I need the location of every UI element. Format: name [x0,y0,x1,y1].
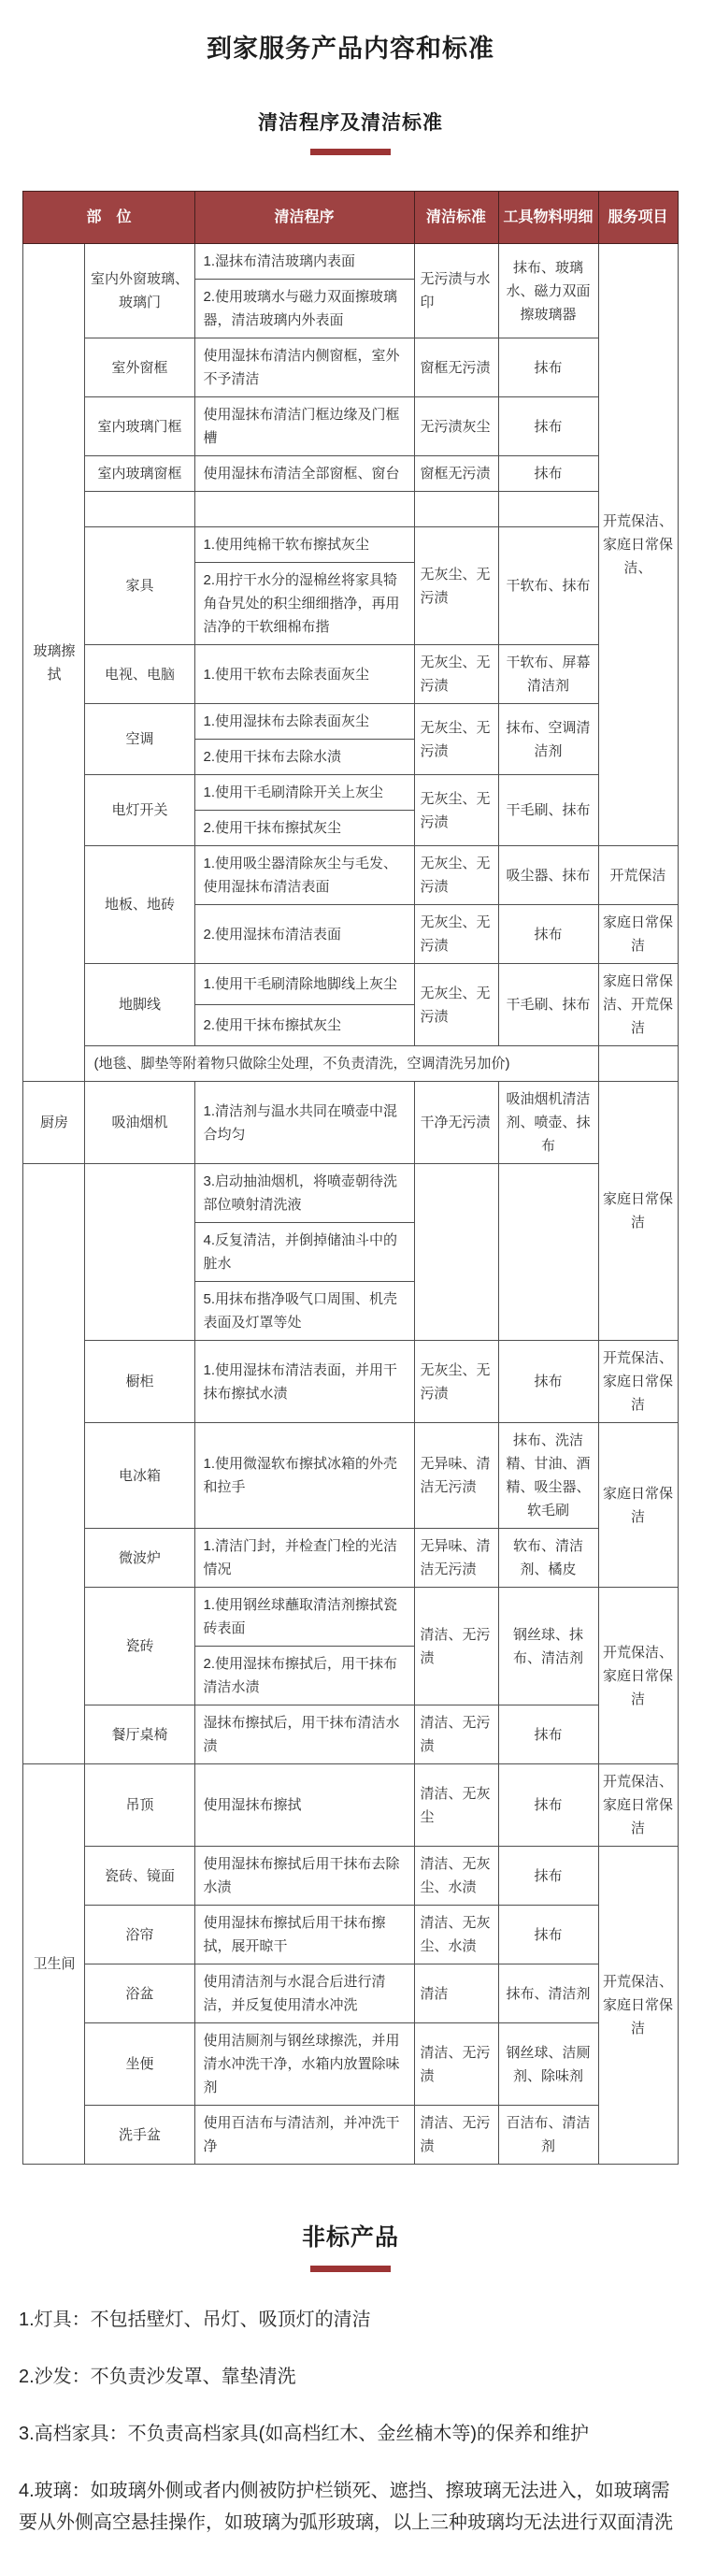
table-cell: 抹布 [498,397,598,456]
table-row: 电视、电脑1.使用干软布去除表面灰尘无灰尘、无污渍干软布、屏幕清洁剂 [23,645,678,704]
table-cell: 吸油烟机清洁剂、喷壶、抹布 [498,1082,598,1164]
table-row: 瓷砖、镜面使用湿抹布擦拭后用干抹布去除水渍清洁、无灰尘、水渍抹布开荒保洁、家庭日… [23,1847,678,1906]
col-header-service: 服务项目 [598,192,678,244]
table-cell: 清洁、无污渍 [414,2106,498,2165]
table-cell: 1.使用吸尘器清除灰尘与毛发、使用湿抹布清洁表面 [194,846,414,905]
col-header-standard: 清洁标准 [414,192,498,244]
table-row: (地毯、脚垫等附着物只做除尘处理，不负责清洗，空调清洗另加价) [23,1046,678,1082]
table-cell: 钢丝球、抹布、清洁剂 [498,1588,598,1705]
table-row: 厨房吸油烟机1.清洁剂与温水共同在喷壶中混合均匀干净无污渍吸油烟机清洁剂、喷壶、… [23,1082,678,1164]
page-title: 到家服务产品内容和标准 [0,28,701,65]
table-cell: 地脚线 [85,964,194,1046]
table-cell: 开荒保洁、家庭日常保洁、 [598,244,678,846]
table-cell: 干毛刷、抹布 [498,964,598,1046]
table-cell: 百洁布、清洁剂 [498,2106,598,2165]
red-divider-bar [310,2266,391,2272]
table-cell: 1.清洁剂与温水共同在喷壶中混合均匀 [194,1082,414,1164]
table-cell: 2.用拧干水分的湿棉丝将家具犄角旮旯处的积尘细细揩净，再用洁净的干软细棉布揩 [194,563,414,645]
table-cell: 使用湿抹布清洁内侧窗框，室外不予清洁 [194,338,414,397]
table-header-row: 部 位 清洁程序 清洁标准 工具物料明细 服务项目 [23,192,678,244]
table-cell: 室内玻璃门框 [85,397,194,456]
table-cell: 2.使用干抹布擦拭灰尘 [194,1005,414,1046]
table-cell: 清洁、无污渍 [414,1588,498,1705]
table-cell: 抹布 [498,1341,598,1423]
table-row: 地板、地砖1.使用吸尘器清除灰尘与毛发、使用湿抹布清洁表面无灰尘、无污渍吸尘器、… [23,846,678,905]
table-cell: 家具 [85,527,194,645]
table-cell: 开荒保洁 [598,846,678,905]
section2-title: 非标产品 [0,2219,701,2252]
table-cell: 浴盆 [85,1964,194,2023]
table-cell: 抹布 [498,1705,598,1764]
table-cell: 家庭日常保洁 [598,1423,678,1588]
table-cell: 1.使用湿抹布清洁表面，并用干抹布擦拭水渍 [194,1341,414,1423]
table-cell [414,1164,498,1341]
table-cell: 微波炉 [85,1529,194,1588]
table-cell: 2.使用干抹布去除水渍 [194,740,414,775]
table-row: 浴帘使用湿抹布擦拭后用干抹布擦拭，展开晾干清洁、无灰尘、水渍抹布 [23,1906,678,1964]
table-cell: 电视、电脑 [85,645,194,704]
table-cell: 开荒保洁、家庭日常保洁 [598,1764,678,1847]
table-cell: 4.反复清洁，并倒掉储油斗中的脏水 [194,1223,414,1282]
table-cell: 无污渍与水印 [414,244,498,338]
table-cell: 清洁、无污渍 [414,1705,498,1764]
col-header-tools: 工具物料明细 [498,192,598,244]
table-cell: 橱柜 [85,1341,194,1423]
table-cell: 抹布 [498,1847,598,1906]
table-cell: 软布、清洁剂、橘皮 [498,1529,598,1588]
table-cell: 使用清洁剂与水混合后进行清洁，并反复使用清水冲洗 [194,1964,414,2023]
row-group-cell: 玻璃擦拭 [23,244,85,1082]
table-cell: 3.启动抽油烟机，将喷壶朝待洗部位喷射清洗液 [194,1164,414,1223]
table-cell: 1.使用干软布去除表面灰尘 [194,645,414,704]
table-cell [85,1164,194,1341]
non-standard-notes: 1.灯具：不包括壁灯、吊灯、吸顶灯的清洁2.沙发：不负责沙发罩、靠垫清洗3.高档… [19,2304,682,2539]
table-cell: 抹布 [498,1764,598,1847]
table-cell: 抹布 [498,1906,598,1964]
table-cell: 抹布、清洁剂 [498,1964,598,2023]
table-cell: 2.使用湿抹布擦拭后，用干抹布清洁水渍 [194,1647,414,1705]
table-cell: 干软布、抹布 [498,527,598,645]
table-cell: 使用湿抹布清洁门框边缘及门框槽 [194,397,414,456]
col-header-procedure: 清洁程序 [194,192,414,244]
col-header-part: 部 位 [23,192,194,244]
table-cell: 抹布、洗洁精、甘油、酒精、吸尘器、软毛刷 [498,1423,598,1529]
table-cell: 无灰尘、无污渍 [414,1341,498,1423]
table-cell: 吸油烟机 [85,1082,194,1164]
note-line: 1.灯具：不包括壁灯、吊灯、吸顶灯的清洁 [19,2304,682,2336]
table-cell: 开荒保洁、家庭日常保洁 [598,1588,678,1764]
table-cell: 无灰尘、无污渍 [414,964,498,1046]
table-cell: 无异味、清洁无污渍 [414,1529,498,1588]
table-cell: 瓷砖、镜面 [85,1847,194,1906]
table-cell [414,492,498,527]
table-cell: 1.清洁门封，并检查门栓的光洁情况 [194,1529,414,1588]
table-cell: 抹布、空调清洁剂 [498,704,598,775]
table-cell: 使用湿抹布擦拭后用干抹布去除水渍 [194,1847,414,1906]
table-cell: 使用湿抹布擦拭 [194,1764,414,1847]
table-cell: 1.使用纯棉干软布擦拭灰尘 [194,527,414,563]
table-cell [498,492,598,527]
table-cell: 1.使用干毛刷清除开关上灰尘 [194,775,414,811]
table-cell: 抹布 [498,338,598,397]
table-cell: 家庭日常保洁 [598,905,678,964]
note-line: 2.沙发：不负责沙发罩、靠垫清洗 [19,2361,682,2393]
table-row: 电冰箱1.使用微湿软布擦拭冰箱的外壳和拉手无异味、清洁无污渍抹布、洗洁精、甘油、… [23,1423,678,1529]
table-row: 坐便使用洁厕剂与钢丝球擦洗，并用清水冲洗干净，水箱内放置除味剂清洁、无污渍钢丝球… [23,2023,678,2106]
table-cell: 1.使用微湿软布擦拭冰箱的外壳和拉手 [194,1423,414,1529]
table-cell: 使用百洁布与清洁剂，并冲洗干净 [194,2106,414,2165]
table-row: 橱柜1.使用湿抹布清洁表面，并用干抹布擦拭水渍无灰尘、无污渍抹布开荒保洁、家庭日… [23,1341,678,1423]
table-row: 室外窗框使用湿抹布清洁内侧窗框，室外不予清洁窗框无污渍抹布 [23,338,678,397]
table-cell: 钢丝球、洁厕剂、除味剂 [498,2023,598,2106]
table-cell: 洗手盆 [85,2106,194,2165]
section2-header: 非标产品 [0,2219,701,2272]
table-cell: 空调 [85,704,194,775]
row-group-cell: 卫生间 [23,1764,85,2165]
table-cell: 使用湿抹布清洁全部窗框、窗台 [194,456,414,492]
table-cell: 家庭日常保洁 [598,1082,678,1341]
table-cell: 无灰尘、无污渍 [414,846,498,905]
table-row [23,492,678,527]
table-cell: 干毛刷、抹布 [498,775,598,846]
table-row: 室内玻璃窗框使用湿抹布清洁全部窗框、窗台窗框无污渍抹布 [23,456,678,492]
table-row: 电灯开关1.使用干毛刷清除开关上灰尘无灰尘、无污渍干毛刷、抹布 [23,775,678,811]
table-cell: 2.使用干抹布擦拭灰尘 [194,811,414,846]
table-cell: 2.使用湿抹布清洁表面 [194,905,414,964]
note-line: 3.高档家具：不负责高档家具(如高档红木、金丝楠木等)的保养和维护 [19,2418,682,2450]
table-cell: 干净无污渍 [414,1082,498,1164]
table-cell: 5.用抹布揩净吸气口周围、机壳表面及灯罩等处 [194,1282,414,1341]
table-cell: 1.使用湿抹布去除表面灰尘 [194,704,414,740]
table-cell: 清洁、无污渍 [414,2023,498,2106]
table-cell: 清洁、无灰尘 [414,1764,498,1847]
table-cell: 开荒保洁、家庭日常保洁 [598,1847,678,2165]
table-cell: 开荒保洁、家庭日常保洁 [598,1341,678,1423]
table-cell: 抹布 [498,905,598,964]
table-cell: 清洁、无灰尘、水渍 [414,1847,498,1906]
table-row: 空调1.使用湿抹布去除表面灰尘无灰尘、无污渍抹布、空调清洁剂 [23,704,678,740]
table-cell: 无灰尘、无污渍 [414,775,498,846]
table-cell: 窗框无污渍 [414,338,498,397]
table-row: 卫生间吊顶使用湿抹布擦拭清洁、无灰尘抹布开荒保洁、家庭日常保洁 [23,1764,678,1847]
table-cell: 浴帘 [85,1906,194,1964]
table-cell: 清洁、无灰尘、水渍 [414,1906,498,1964]
row-group-cell: 厨房 [23,1082,85,1164]
table-row: 浴盆使用清洁剂与水混合后进行清洁，并反复使用清水冲洗清洁抹布、清洁剂 [23,1964,678,2023]
table-cell [85,492,194,527]
red-divider-bar [310,149,391,155]
table-cell: 吊顶 [85,1764,194,1847]
table-cell: 2.使用玻璃水与磁力双面擦玻璃器，清洁玻璃内外表面 [194,280,414,338]
table-cell: 室内外窗玻璃、玻璃门 [85,244,194,338]
table-row: 洗手盆使用百洁布与清洁剂，并冲洗干净清洁、无污渍百洁布、清洁剂 [23,2106,678,2165]
table-cell: 湿抹布擦拭后，用干抹布清洁水渍 [194,1705,414,1764]
table-cell: 无灰尘、无污渍 [414,527,498,645]
table-cell: 无灰尘、无污渍 [414,905,498,964]
table-row: 家具1.使用纯棉干软布擦拭灰尘无灰尘、无污渍干软布、抹布 [23,527,678,563]
table-row: 地脚线1.使用干毛刷清除地脚线上灰尘无灰尘、无污渍干毛刷、抹布家庭日常保洁、开荒… [23,964,678,1005]
table-cell: 1.湿抹布清洁玻璃内表面 [194,244,414,280]
table-cell: 使用洁厕剂与钢丝球擦洗，并用清水冲洗干净，水箱内放置除味剂 [194,2023,414,2106]
table-cell: 地板、地砖 [85,846,194,964]
table-row: 餐厅桌椅湿抹布擦拭后，用干抹布清洁水渍清洁、无污渍抹布 [23,1705,678,1764]
table-cell: 抹布、玻璃水、磁力双面擦玻璃器 [498,244,598,338]
table-cell: 坐便 [85,2023,194,2106]
table-row: 瓷砖1.使用钢丝球蘸取清洁剂擦拭瓷砖表面清洁、无污渍钢丝球、抹布、清洁剂开荒保洁… [23,1588,678,1647]
table-cell [598,1046,678,1082]
section1-header: 清洁程序及清洁标准 [0,108,701,155]
note-line: 4.玻璃：如玻璃外侧或者内侧被防护栏锁死、遮挡、擦玻璃无法进入，如玻璃需要从外侧… [19,2475,682,2539]
document-page: 到家服务产品内容和标准 清洁程序及清洁标准 部 位 清洁程序 清洁标准 工具物料… [0,28,701,2576]
table-row: 3.启动抽油烟机，将喷壶朝待洗部位喷射清洗液 [23,1164,678,1223]
table-row: 玻璃擦拭室内外窗玻璃、玻璃门1.湿抹布清洁玻璃内表面无污渍与水印抹布、玻璃水、磁… [23,244,678,280]
row-group-cell [23,1164,85,1764]
table-cell: 无灰尘、无污渍 [414,704,498,775]
cleaning-standards-table: 部 位 清洁程序 清洁标准 工具物料明细 服务项目 玻璃擦拭室内外窗玻璃、玻璃门… [22,191,678,2165]
table-cell: 使用湿抹布擦拭后用干抹布擦拭，展开晾干 [194,1906,414,1964]
table-cell: 瓷砖 [85,1588,194,1705]
table-cell [194,492,414,527]
table-cell [498,1164,598,1341]
table-cell: 干软布、屏幕清洁剂 [498,645,598,704]
table-cell: 窗框无污渍 [414,456,498,492]
section1-title: 清洁程序及清洁标准 [0,108,701,136]
table-cell: 无异味、清洁无污渍 [414,1423,498,1529]
table-row: 室内玻璃门框使用湿抹布清洁门框边缘及门框槽无污渍灰尘抹布 [23,397,678,456]
table-cell: 1.使用钢丝球蘸取清洁剂擦拭瓷砖表面 [194,1588,414,1647]
table-cell: 室内玻璃窗框 [85,456,194,492]
table-cell: 家庭日常保洁、开荒保洁 [598,964,678,1046]
table-cell: 室外窗框 [85,338,194,397]
table-cell: 吸尘器、抹布 [498,846,598,905]
table-cell: 无污渍灰尘 [414,397,498,456]
table-note-cell: (地毯、脚垫等附着物只做除尘处理，不负责清洗，空调清洗另加价) [85,1046,598,1082]
table-cell: 电灯开关 [85,775,194,846]
table-row: 微波炉1.清洁门封，并检查门栓的光洁情况无异味、清洁无污渍软布、清洁剂、橘皮 [23,1529,678,1588]
table-cell: 1.使用干毛刷清除地脚线上灰尘 [194,964,414,1005]
table-cell: 电冰箱 [85,1423,194,1529]
table-cell: 无灰尘、无污渍 [414,645,498,704]
table-cell: 餐厅桌椅 [85,1705,194,1764]
table-cell: 抹布 [498,456,598,492]
table-cell: 清洁 [414,1964,498,2023]
